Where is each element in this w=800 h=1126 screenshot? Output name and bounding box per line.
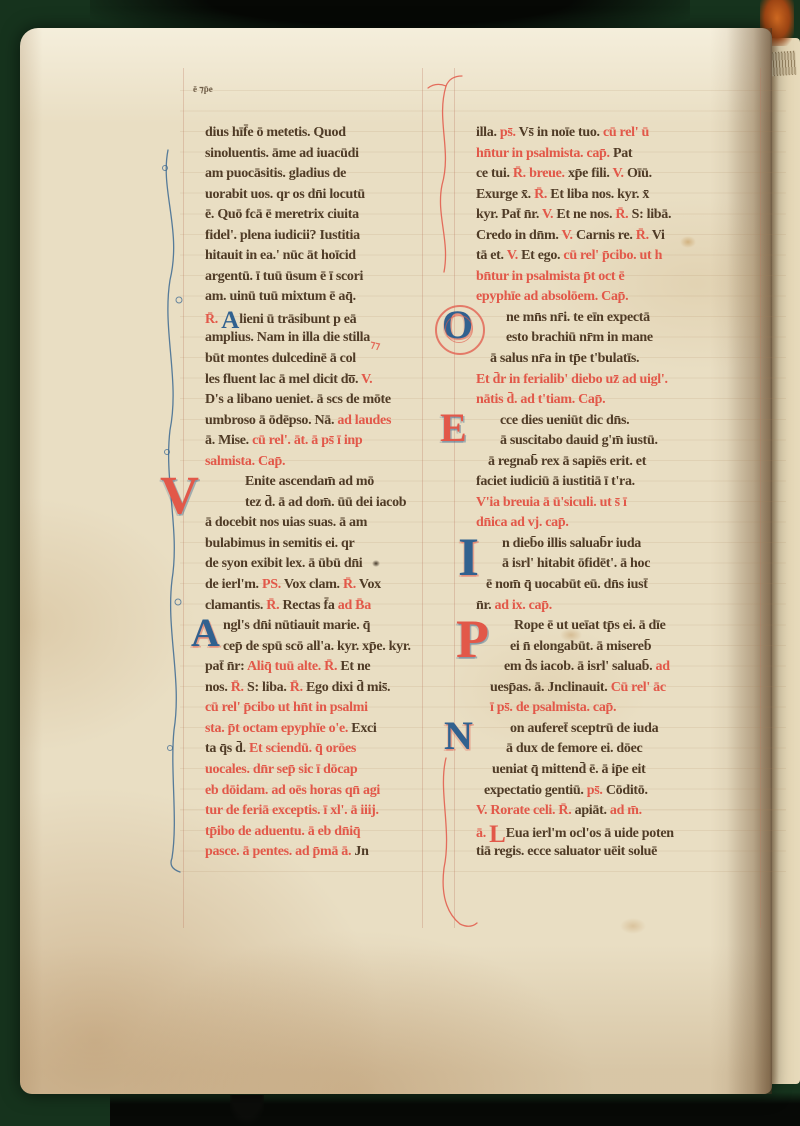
text-line: expectatio gentiū. ps̄. Cōditō. bbox=[476, 781, 782, 802]
photo-shadow-bottom bbox=[110, 1092, 800, 1126]
text-segment: Eua ierl'm ocl'os ā uide poten bbox=[506, 826, 674, 841]
text-segment: nātis d̄. ad t'tiam. Cap̄. bbox=[476, 392, 605, 407]
text-segment: Aliq̄ tuū alte. R̄. bbox=[247, 659, 340, 674]
ruling-vertical-mid-right bbox=[454, 68, 455, 928]
text-line: Ecce dies ueniūt dic dn̄s. bbox=[476, 411, 782, 432]
text-line: tiā regis. ecce saluator uēit soluē bbox=[476, 842, 782, 863]
text-segment: uorabit uos. qr os dn̄i locutū bbox=[205, 187, 365, 202]
text-segment: ā salus nr̄a in tp̄e t'bulatīs. bbox=[490, 351, 639, 366]
text-segment: pat̄ n̄r: bbox=[205, 659, 247, 674]
text-segment: ā suscitabo dauid g'm̄ iustū. bbox=[500, 433, 658, 448]
text-segment: tā et. bbox=[476, 248, 507, 263]
text-segment: tur de feriā exceptis. ī xl'. ā iiij. bbox=[205, 803, 379, 818]
text-line: ē. Quō fcā ē meretrix ciuita bbox=[205, 205, 443, 226]
text-segment: xp̄e fili. bbox=[568, 166, 613, 181]
text-segment: tez d̄. ā ad dom̄. ūū dei iacob bbox=[245, 495, 406, 510]
text-line: dius hīf̄e ō metetis. Quod bbox=[205, 123, 443, 144]
text-segment: R̄. bbox=[636, 228, 652, 243]
text-line: ā salus nr̄a in tp̄e t'bulatīs. bbox=[476, 349, 782, 370]
text-segment: umbroso ā ōdēpso. Nā. bbox=[205, 413, 337, 428]
text-line: ā docebit nos uias suas. ā am bbox=[205, 513, 443, 534]
text-segment: tp̄ibo de aduentu. ā eb dn̄iq̄ bbox=[205, 824, 360, 839]
text-segment: S: libā. bbox=[632, 207, 672, 222]
text-segment: R̄. bbox=[534, 187, 550, 202]
text-line: cū rel' p̄cibo ut hn̄t in psalmi bbox=[205, 698, 443, 719]
text-segment: kyr. Pat̄ n̄r. bbox=[476, 207, 542, 222]
text-line: esto brachiū nr̄m in mane bbox=[476, 328, 782, 349]
text-line: dn̄ica ad vj. cap̄. bbox=[476, 513, 782, 534]
text-segment: bn̄tur in psalmista p̄t oct ē bbox=[476, 269, 624, 284]
text-segment: cū rel' ū bbox=[603, 125, 649, 140]
text-segment: S: liba. bbox=[247, 680, 290, 695]
text-line: ce tui. R̄. breue. xp̄e fili. V. Oīū. bbox=[476, 164, 782, 185]
text-segment: ad bbox=[656, 659, 670, 674]
text-line: hn̄tur in psalmista. cap̄. Pat bbox=[476, 144, 782, 165]
text-segment: dius hīf̄e ō metetis. Quod bbox=[205, 125, 346, 140]
text-column-right: illa. ps̄. Vs̄ in noīe tuo. cū rel' ūhn̄… bbox=[476, 123, 782, 863]
text-line: ueniat q̄ mittend̄ ē. ā ip̄e eit bbox=[476, 760, 782, 781]
text-segment: ā docebit nos uias suas. ā am bbox=[205, 515, 367, 530]
text-segment: cū rel' p̄cibo ut hn̄t in psalmi bbox=[205, 700, 368, 715]
text-segment: argentū. ī tuū ūsum ē ī scori bbox=[205, 269, 363, 284]
drop-cap-A: A bbox=[191, 613, 220, 653]
text-line: clamantis. R̄. Rectas f̄a ad B̄a bbox=[205, 596, 443, 617]
text-segment: D's a libano ueniet. ā scs de mōte bbox=[205, 392, 391, 407]
text-segment: R̄. bbox=[231, 680, 247, 695]
text-segment: cep̄ de spū scō all'a. kyr. xp̄e. kyr. bbox=[223, 639, 411, 654]
text-segment: ī ps̄. de psalmista. cap̄. bbox=[490, 700, 616, 715]
text-segment: Enite ascendam̄ ad mō bbox=[245, 474, 374, 489]
text-segment: de syon exibit lex. ā ūbū dn̄i bbox=[205, 556, 362, 571]
text-segment: R̄. breue. bbox=[513, 166, 568, 181]
drop-cap-I: I bbox=[458, 530, 479, 584]
text-segment: ā. Mise. bbox=[205, 433, 252, 448]
text-column-left: dius hīf̄e ō metetis. Quodsinoluentis. ā… bbox=[205, 123, 443, 863]
text-line: pasce. ā pentes. ad p̄mā ā. Jn bbox=[205, 842, 443, 863]
text-line: V. Rorate celi. R̄. apiāt. ad m̄. bbox=[476, 801, 782, 822]
text-segment: tiā regis. ecce saluator uēit soluē bbox=[476, 844, 657, 859]
text-segment: hitauit in ea.' nūc āt hoīcid bbox=[205, 248, 356, 263]
text-segment: Et ne bbox=[340, 659, 370, 674]
text-line: illa. ps̄. Vs̄ in noīe tuo. cū rel' ū bbox=[476, 123, 782, 144]
text-line: ī ps̄. de psalmista. cap̄. bbox=[476, 698, 782, 719]
text-segment: les fluent lac ā mel dicit do̅. bbox=[205, 372, 361, 387]
text-segment: Vox bbox=[356, 577, 381, 592]
interlinear-note: ē ⁊p̄e bbox=[193, 84, 213, 95]
text-segment: PS. bbox=[262, 577, 281, 592]
text-segment: ē nom̄ q̄ uocabūt eū. dn̄s iust̄ bbox=[486, 577, 648, 592]
text-segment: V'ia breuia ā ū'siculi. ut s̄ ī bbox=[476, 495, 627, 510]
text-line: nātis d̄. ad t'tiam. Cap̄. bbox=[476, 390, 782, 411]
text-segment: Carnis re. bbox=[573, 228, 636, 243]
text-segment: am puocāsitis. gladius de bbox=[205, 166, 346, 181]
text-segment: Et sciendū. q̄ orōes bbox=[249, 741, 356, 756]
manuscript-page: ē ⁊p̄e ⁊⁊ dius hīf̄e ō metetis. Quodsino… bbox=[20, 28, 772, 1094]
text-segment: R̄. bbox=[343, 577, 356, 592]
text-line: ā regnab̄ rex ā sapiēs erit. et bbox=[476, 452, 782, 473]
text-segment: R̄. bbox=[205, 312, 221, 327]
text-line: amplius. Nam in illa die stilla bbox=[205, 328, 443, 349]
text-line: Et d̄r in ferialib' diebo uz̄ ad uigl'. bbox=[476, 370, 782, 391]
text-segment: ueniat q̄ mittend̄ ē. ā ip̄e eit bbox=[492, 762, 645, 777]
text-segment: pasce. ā pentes. ad p̄mā ā. bbox=[205, 844, 354, 859]
text-line: būt montes dulcedinē ā col bbox=[205, 349, 443, 370]
drop-cap-E: E bbox=[440, 408, 467, 448]
text-line: ē nom̄ q̄ uocabūt eū. dn̄s iust̄ bbox=[476, 575, 782, 596]
text-line: VEnite ascendam̄ ad mō bbox=[205, 472, 443, 493]
text-line: uesp̄as. ā. Jnclinauit. Cū rel' āc bbox=[476, 678, 782, 699]
text-segment: cce dies ueniūt dic dn̄s. bbox=[500, 413, 629, 428]
text-segment: dn̄ica ad vj. cap̄. bbox=[476, 515, 569, 530]
text-line: tur de feriā exceptis. ī xl'. ā iiij. bbox=[205, 801, 443, 822]
text-line: uorabit uos. qr os dn̄i locutū bbox=[205, 185, 443, 206]
text-segment: ps̄. bbox=[587, 783, 606, 798]
text-segment: cū rel'. āt. ā ps̄ ī inp bbox=[252, 433, 362, 448]
text-segment: fidel'. plena iudicii? Iustitia bbox=[205, 228, 360, 243]
text-line: faciet iudiciū ā iustitiā ī t'ra. bbox=[476, 472, 782, 493]
text-segment: apiāt. bbox=[575, 803, 610, 818]
text-line: sinoluentis. āme ad iuacūdi bbox=[205, 144, 443, 165]
text-segment: R̄. bbox=[266, 598, 282, 613]
text-segment: ad m̄. bbox=[610, 803, 642, 818]
text-segment: esto brachiū nr̄m in mane bbox=[506, 330, 653, 345]
text-segment: sinoluentis. āme ad iuacūdi bbox=[205, 146, 359, 161]
text-segment: ad B̄a bbox=[338, 598, 371, 613]
text-segment: V. bbox=[562, 228, 573, 243]
text-line: uocales. dn̄r sep̄ sic ī dōcap bbox=[205, 760, 443, 781]
text-segment: ne mn̄s nr̄i. te eīn expectā bbox=[506, 310, 650, 325]
text-segment: Cōditō. bbox=[606, 783, 648, 798]
text-segment: ce tui. bbox=[476, 166, 513, 181]
text-line: am puocāsitis. gladius de bbox=[205, 164, 443, 185]
text-line: ā. Mise. cū rel'. āt. ā ps̄ ī inp bbox=[205, 431, 443, 452]
drop-cap-N: N bbox=[444, 716, 473, 756]
text-segment: Rope ē ut ueīat tp̄s ei. ā dīe bbox=[514, 618, 666, 633]
text-segment: Jn bbox=[354, 844, 368, 859]
text-line: R̄. Alieni ū trāsibunt p eā bbox=[205, 308, 443, 329]
text-line: eb dōidam. ad oēs horas qn̄ agi bbox=[205, 781, 443, 802]
text-segment: ad ix. cap̄. bbox=[495, 598, 552, 613]
text-line: de ierl'm. PS. Vox clam. R̄. Vox bbox=[205, 575, 443, 596]
text-line: ā dux de femore ei. dōec bbox=[476, 739, 782, 760]
drop-cap-V: V bbox=[160, 468, 199, 522]
text-segment: ā regnab̄ rex ā sapiēs erit. et bbox=[488, 454, 646, 469]
drop-cap-P: P bbox=[456, 612, 489, 666]
text-line: Angl's dn̄i nūtiauit marie. q̄ bbox=[205, 616, 443, 637]
text-line: One mn̄s nr̄i. te eīn expectā bbox=[476, 308, 782, 329]
text-line: tp̄ibo de aduentu. ā eb dn̄iq̄ bbox=[205, 822, 443, 843]
text-segment: nos. bbox=[205, 680, 231, 695]
text-line: hitauit in ea.' nūc āt hoīcid bbox=[205, 246, 443, 267]
text-segment: uocales. dn̄r sep̄ sic ī dōcap bbox=[205, 762, 357, 777]
text-line: V'ia breuia ā ū'siculi. ut s̄ ī bbox=[476, 493, 782, 514]
text-line: ā isrl' hitabit ōfidēt'. ā hoc bbox=[476, 554, 782, 575]
text-segment: Exci bbox=[351, 721, 376, 736]
text-line: argentū. ī tuū ūsum ē ī scori bbox=[205, 267, 443, 288]
text-line: umbroso ā ōdēpso. Nā. ad laudes bbox=[205, 411, 443, 432]
text-line: pat̄ n̄r: Aliq̄ tuū alte. R̄. Et ne bbox=[205, 657, 443, 678]
text-segment: salmista. Cap̄. bbox=[205, 454, 285, 469]
text-segment: Pat bbox=[613, 146, 632, 161]
text-line: In dieb̄o illis saluab̄r iuda bbox=[476, 534, 782, 555]
text-segment: Credo in dn̄m. bbox=[476, 228, 562, 243]
text-segment: on auferet̄ sceptrū de iuda bbox=[510, 721, 658, 736]
text-segment: ngl's dn̄i nūtiauit marie. q̄ bbox=[223, 618, 370, 633]
text-line: ta q̄s d̄. Et sciendū. q̄ orōes bbox=[205, 739, 443, 760]
text-line: ā suscitabo dauid g'm̄ iustū. bbox=[476, 431, 782, 452]
text-segment: Vs̄ in noīe tuo. bbox=[519, 125, 603, 140]
text-segment: Rectas f̄a bbox=[282, 598, 337, 613]
text-segment: Et ego. bbox=[518, 248, 564, 263]
text-segment: V. bbox=[361, 372, 372, 387]
text-segment: amplius. Nam in illa die stilla bbox=[205, 330, 370, 345]
binding-tassel bbox=[230, 1095, 264, 1126]
text-segment: ei n̄ elongabūt. ā misereb̄ bbox=[510, 639, 651, 654]
text-line: les fluent lac ā mel dicit do̅. V. bbox=[205, 370, 443, 391]
text-line: am. uinū tuū mixtum ē aq̄. bbox=[205, 287, 443, 308]
text-segment: būt montes dulcedinē ā col bbox=[205, 351, 356, 366]
text-line: nos. R̄. S: liba. R̄. Ego dixi d̄ mis̄. bbox=[205, 678, 443, 699]
text-segment: epyphīe ad absolōem. Cap̄. bbox=[476, 289, 628, 304]
text-line: Credo in dn̄m. V. Carnis re. R̄. Vi bbox=[476, 226, 782, 247]
text-segment: faciet iudiciū ā iustitiā ī t'ra. bbox=[476, 474, 635, 489]
text-segment: V. bbox=[542, 207, 553, 222]
text-segment: eb dōidam. ad oēs horas qn̄ agi bbox=[205, 783, 380, 798]
text-segment: ta q̄s d̄. bbox=[205, 741, 249, 756]
text-line: ā. LEua ierl'm ocl'os ā uide poten bbox=[476, 822, 782, 843]
text-line: Non auferet̄ sceptrū de iuda bbox=[476, 719, 782, 740]
text-line: salmista. Cap̄. bbox=[205, 452, 443, 473]
text-segment: expectatio gentiū. bbox=[484, 783, 587, 798]
text-segment: am. uinū tuū mixtum ē aq̄. bbox=[205, 289, 356, 304]
text-line: kyr. Pat̄ n̄r. V. Et ne nos. R̄. S: libā… bbox=[476, 205, 782, 226]
text-segment: bulabimus in semitis ei. qr bbox=[205, 536, 354, 551]
text-line: em d̄s iacob. ā isrl' saluab̄. ad bbox=[476, 657, 782, 678]
text-line: cep̄ de spū scō all'a. kyr. xp̄e. kyr. bbox=[205, 637, 443, 658]
text-segment: ē. Quō fcā ē meretrix ciuita bbox=[205, 207, 359, 222]
text-line: tez d̄. ā ad dom̄. ūū dei iacob bbox=[205, 493, 443, 514]
text-segment: Exurge x̄. bbox=[476, 187, 534, 202]
text-segment: Vox clam. bbox=[281, 577, 343, 592]
text-segment: Vi bbox=[652, 228, 665, 243]
text-segment: n dieb̄o illis saluab̄r iuda bbox=[502, 536, 641, 551]
text-line: n̄r. ad ix. cap̄. bbox=[476, 596, 782, 617]
text-segment: de ierl'm. bbox=[205, 577, 262, 592]
text-line: D's a libano ueniet. ā scs de mōte bbox=[205, 390, 443, 411]
fox-spot bbox=[620, 918, 646, 934]
text-segment: Oīū. bbox=[624, 166, 652, 181]
text-segment: ā dux de femore ei. dōec bbox=[506, 741, 642, 756]
text-segment: hn̄tur in psalmista. cap̄. bbox=[476, 146, 613, 161]
text-segment: lieni ū trāsibunt p eā bbox=[239, 312, 356, 327]
text-line: PRope ē ut ueīat tp̄s ei. ā dīe bbox=[476, 616, 782, 637]
text-segment: ā. bbox=[476, 826, 489, 841]
text-line: bn̄tur in psalmista p̄t oct ē bbox=[476, 267, 782, 288]
text-segment: ā isrl' hitabit ōfidēt'. ā hoc bbox=[502, 556, 650, 571]
text-segment: Et liba nos. kyr. x̄ bbox=[550, 187, 649, 202]
text-segment: V. bbox=[613, 166, 624, 181]
text-segment: V. Rorate celi. R̄. bbox=[476, 803, 575, 818]
text-line: fidel'. plena iudicii? Iustitia bbox=[205, 226, 443, 247]
drop-cap-O: O bbox=[442, 305, 473, 345]
text-line: ei n̄ elongabūt. ā misereb̄ bbox=[476, 637, 782, 658]
text-segment: em d̄s iacob. ā isrl' saluab̄. bbox=[504, 659, 656, 674]
text-segment: Ego dixi d̄ mis̄. bbox=[306, 680, 390, 695]
text-segment: V. bbox=[507, 248, 518, 263]
text-segment: R̄. bbox=[615, 207, 631, 222]
text-segment: uesp̄as. ā. Jnclinauit. bbox=[490, 680, 611, 695]
text-segment: illa. bbox=[476, 125, 500, 140]
text-line: tā et. V. Et ego. cū rel' p̄cibo. ut h bbox=[476, 246, 782, 267]
text-segment: Et ne nos. bbox=[553, 207, 615, 222]
text-segment: R̄. bbox=[290, 680, 306, 695]
text-segment: sta. p̄t octam epyphīe o'e. bbox=[205, 721, 351, 736]
text-segment: ad laudes bbox=[337, 413, 391, 428]
text-segment: cū rel' p̄cibo. ut h bbox=[563, 248, 662, 263]
text-line: sta. p̄t octam epyphīe o'e. Exci bbox=[205, 719, 443, 740]
text-line: de syon exibit lex. ā ūbū dn̄i bbox=[205, 554, 443, 575]
text-line: Exurge x̄. R̄. Et liba nos. kyr. x̄ bbox=[476, 185, 782, 206]
text-segment: Cū rel' āc bbox=[611, 680, 666, 695]
text-segment: ps̄. bbox=[500, 125, 519, 140]
text-segment: Et d̄r in ferialib' diebo uz̄ ad uigl'. bbox=[476, 372, 668, 387]
text-line: epyphīe ad absolōem. Cap̄. bbox=[476, 287, 782, 308]
text-line: bulabimus in semitis ei. qr bbox=[205, 534, 443, 555]
